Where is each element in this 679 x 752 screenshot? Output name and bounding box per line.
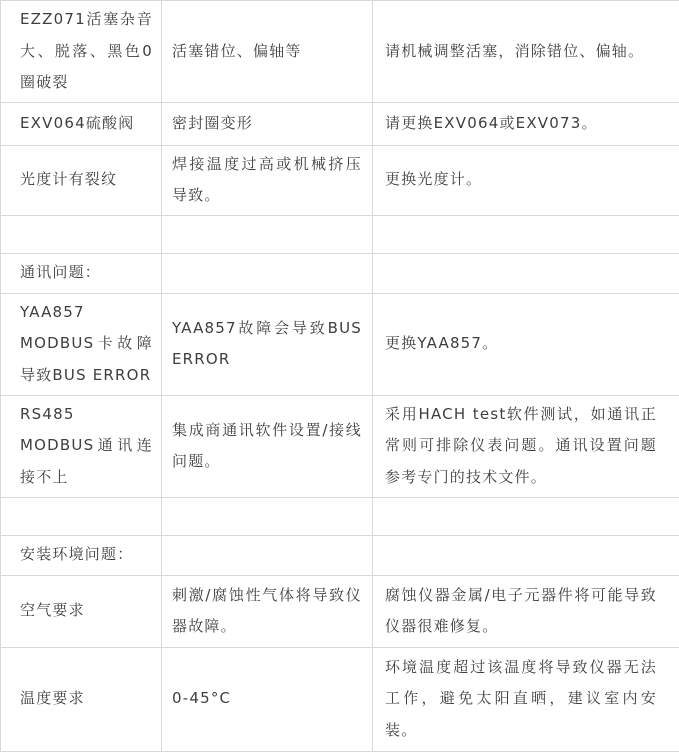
table-row-empty [1,497,679,535]
table-row: YAA857 MODBUS卡故障导致BUS ERROR YAA857故障会导致B… [1,293,679,395]
table-row-section: 安装环境问题： [1,535,679,575]
table-cell-solution: 采用HACH test软件测试，如通讯正常则可排除仪表问题。通讯设置问题参考专门… [373,395,679,497]
table-row: EXV064硫酸阀 密封圈变形 请更换EXV064或EXV073。 [1,102,679,145]
table-cell-fault: 空气要求 [1,575,162,647]
table-cell-cause [162,535,373,575]
table-cell-solution [373,215,679,253]
table-cell-solution [373,535,679,575]
table-cell-cause [162,497,373,535]
table-cell-cause [162,215,373,253]
table-cell-fault: RS485 MODBUS通讯连接不上 [1,395,162,497]
table-row: 光度计有裂纹 焊接温度过高或机械挤压导致。 更换光度计。 [1,145,679,215]
troubleshooting-table: EZZ071活塞杂音大、脱落、黑色0圈破裂 活塞错位、偏轴等 请机械调整活塞，消… [0,0,679,752]
table-cell-fault [1,215,162,253]
table-cell-solution: 更换光度计。 [373,145,679,215]
table-cell-section-title: 通讯问题： [1,253,162,293]
table-cell-section-title: 安装环境问题： [1,535,162,575]
table-row: RS485 MODBUS通讯连接不上 集成商通讯软件设置/接线问题。 采用HAC… [1,395,679,497]
table-cell-fault: EXV064硫酸阀 [1,102,162,145]
table-row-section: 通讯问题： [1,253,679,293]
table-cell-solution: 请机械调整活塞，消除错位、偏轴。 [373,1,679,103]
table-cell-solution: 请更换EXV064或EXV073。 [373,102,679,145]
table-cell-fault: 光度计有裂纹 [1,145,162,215]
table-cell-solution [373,497,679,535]
table-cell-fault [1,497,162,535]
table-cell-cause: YAA857故障会导致BUS ERROR [162,293,373,395]
table-cell-solution: 环境温度超过该温度将导致仪器无法工作，避免太阳直晒，建议室内安装。 [373,647,679,751]
table-cell-fault: EZZ071活塞杂音大、脱落、黑色0圈破裂 [1,1,162,103]
table-cell-cause: 集成商通讯软件设置/接线问题。 [162,395,373,497]
table-cell-solution [373,253,679,293]
table-cell-solution: 更换YAA857。 [373,293,679,395]
table-row-empty [1,215,679,253]
table-cell-cause: 密封圈变形 [162,102,373,145]
table-cell-solution: 腐蚀仪器金属/电子元器件将可能导致仪器很难修复。 [373,575,679,647]
table-row: 温度要求 0-45°C 环境温度超过该温度将导致仪器无法工作，避免太阳直晒，建议… [1,647,679,751]
table-cell-cause: 刺激/腐蚀性气体将导致仪器故障。 [162,575,373,647]
table-cell-fault: 温度要求 [1,647,162,751]
table-cell-cause: 活塞错位、偏轴等 [162,1,373,103]
table-row: 空气要求 刺激/腐蚀性气体将导致仪器故障。 腐蚀仪器金属/电子元器件将可能导致仪… [1,575,679,647]
table-cell-cause [162,253,373,293]
table-cell-cause: 焊接温度过高或机械挤压导致。 [162,145,373,215]
table-row: EZZ071活塞杂音大、脱落、黑色0圈破裂 活塞错位、偏轴等 请机械调整活塞，消… [1,1,679,103]
table-cell-fault: YAA857 MODBUS卡故障导致BUS ERROR [1,293,162,395]
table-cell-cause: 0-45°C [162,647,373,751]
